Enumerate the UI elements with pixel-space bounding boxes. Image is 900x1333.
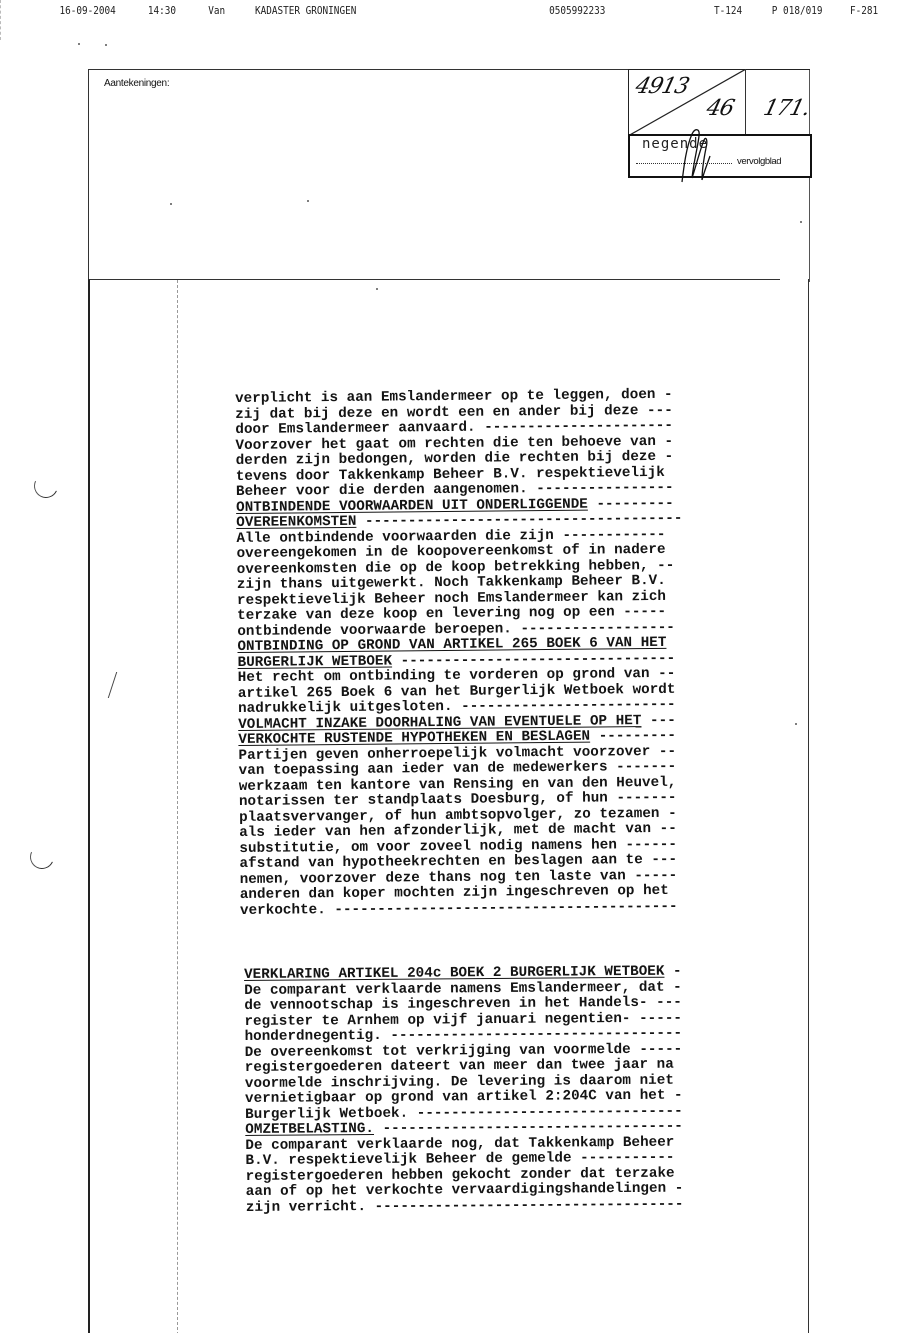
scan-speck: [170, 203, 172, 205]
fax-phone: 0505992233: [549, 4, 605, 17]
punch-hole-icon: [31, 471, 62, 502]
registry-deel: 4913: [633, 74, 691, 99]
deed-body-lower: VERKLARING ARTIKEL 204c BOEK 2 BURGERLIJ…: [244, 964, 776, 1216]
frame-gap: [780, 276, 808, 282]
fax-header: 16-09-2004 14:30 Van KADASTER GRONINGEN …: [0, 4, 765, 24]
section-heading: OMZETBELASTING.: [245, 1121, 374, 1138]
fax-transmission-id: T-124: [714, 4, 742, 17]
fax-page-count: P 018/019: [772, 4, 823, 17]
deed-body-upper: verplicht is aan Emslandermeer op te leg…: [235, 387, 770, 919]
fax-from-label: Van: [208, 4, 225, 17]
registry-divider: [745, 69, 746, 136]
filler-dashes: ---------: [588, 495, 674, 512]
registry-page: 171.: [761, 96, 812, 121]
section-heading: OVEREENKOMSTEN: [236, 514, 356, 531]
fax-id: F-281: [850, 4, 878, 17]
scan-speck: [800, 221, 802, 223]
notes-label: Aantekeningen:: [104, 78, 169, 89]
fax-date: 16-09-2004: [60, 4, 116, 17]
filler-dashes: ---------: [590, 728, 676, 745]
scan-speck: [78, 43, 80, 45]
filler-dashes: -: [664, 964, 681, 980]
fax-sender: KADASTER GRONINGEN: [255, 4, 356, 17]
fax-time: 14:30: [148, 4, 176, 17]
scan-speck: [307, 200, 309, 202]
punch-hole-icon: [27, 842, 58, 873]
scan-speck: [795, 723, 797, 725]
vervolgblad-label: vervolgblad: [737, 156, 781, 167]
filler-dashes: ---: [641, 712, 675, 728]
scan-speck: [105, 44, 107, 46]
margin-rule: [177, 280, 178, 1333]
signature-paraph-icon: [676, 126, 716, 184]
